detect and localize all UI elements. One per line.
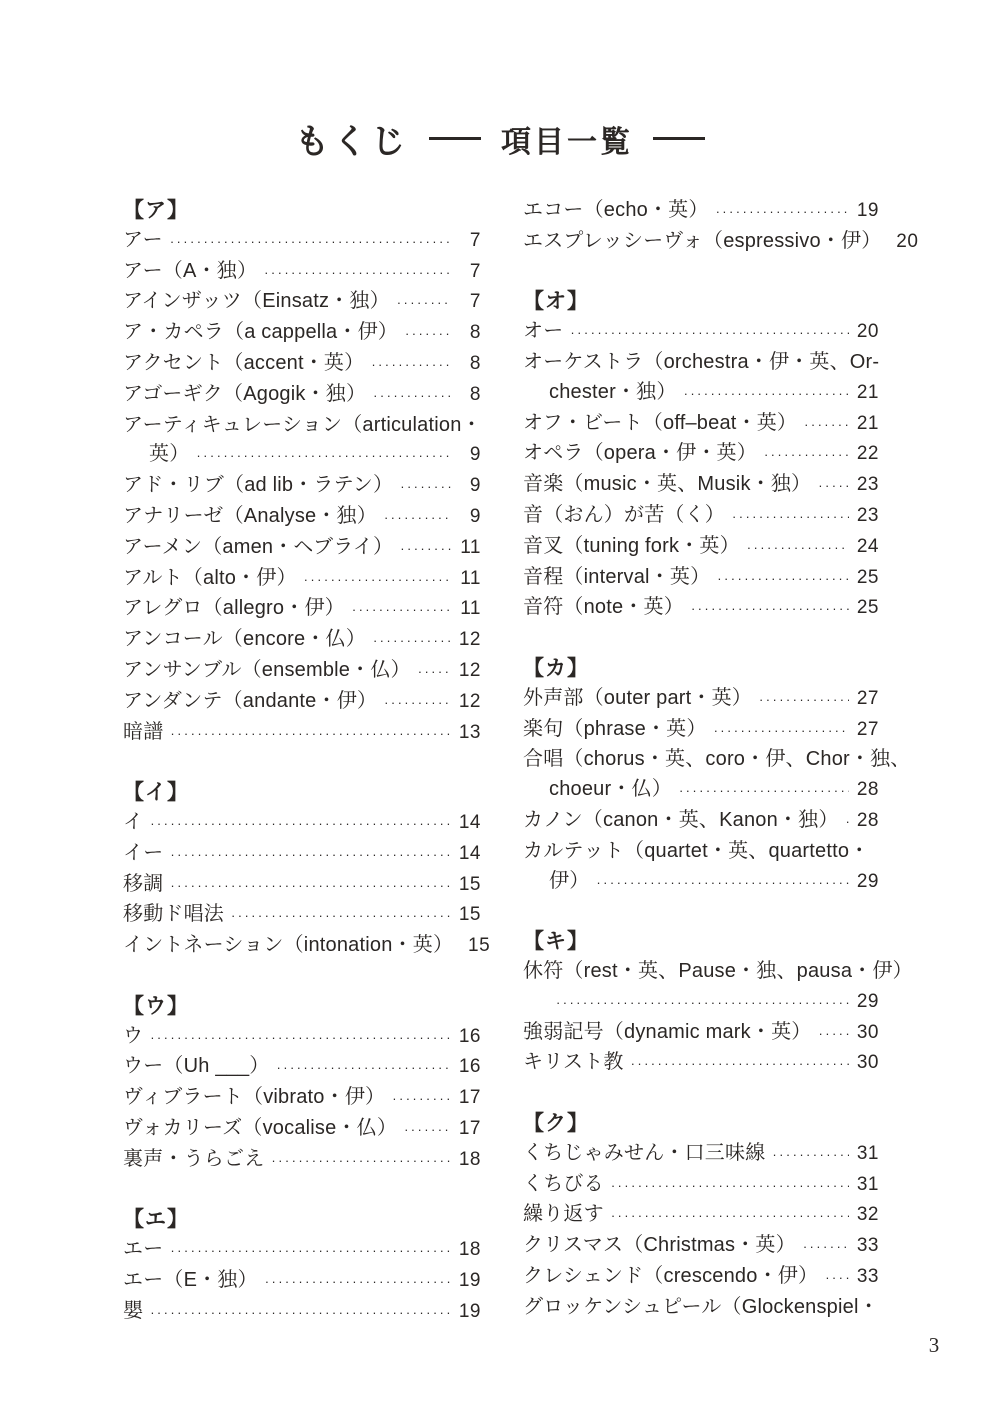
entry-page-number: 33: [852, 1231, 879, 1261]
dot-leader: [264, 257, 451, 288]
dot-leader: [759, 684, 849, 715]
entry-label: ヴォカリーズ（vocalise・仏）: [123, 1114, 397, 1144]
entry-page-number: 27: [852, 715, 879, 745]
toc-entry: カルテット（quartet・英、quartetto・: [523, 837, 879, 867]
dot-leader: [271, 1145, 451, 1176]
entry-page-number: 11: [454, 594, 481, 624]
toc-section: 【カ】外声部（outer part・英）27楽句（phrase・英）27合唱（c…: [523, 654, 879, 897]
toc-entry: アーティキュレーション（articulation・: [123, 411, 481, 441]
toc-entry: くちじゃみせん・口三味線31: [523, 1139, 879, 1170]
entry-page-number: 8: [454, 318, 481, 348]
section-heading: 【オ】: [523, 287, 879, 317]
toc-entry: エスプレッシーヴォ（espressivo・伊）20: [523, 227, 879, 258]
entry-label: エー（E・独）: [123, 1266, 258, 1296]
entry-page-number: 9: [454, 440, 481, 470]
toc-entry: choeur・仏）28: [523, 775, 879, 806]
entry-page-number: 17: [454, 1083, 481, 1113]
entry-label: 音程（interval・英）: [523, 563, 710, 593]
entry-label: chester・独）: [523, 378, 677, 408]
toc-entry: 音叉（tuning fork・英）24: [523, 532, 879, 563]
toc-entry: アクセント（accent・英）8: [123, 349, 481, 380]
toc-entry: 強弱記号（dynamic mark・英）30: [523, 1018, 879, 1049]
entry-page-number: 7: [454, 226, 481, 256]
entry-label: 楽句（phrase・英）: [523, 715, 707, 745]
entry-label: 嬰: [123, 1297, 143, 1327]
section-heading: 【ク】: [523, 1109, 879, 1139]
entry-label: 音符（note・英）: [523, 593, 684, 623]
toc-entry: オー20: [523, 317, 879, 348]
entry-label: キリスト教: [523, 1048, 624, 1078]
entry-label: オペラ（opera・伊・英）: [523, 439, 757, 469]
dot-leader: [846, 806, 849, 837]
entry-page-number: 11: [454, 564, 481, 594]
dot-leader: [818, 1018, 849, 1049]
dot-leader: [384, 502, 451, 533]
dot-leader: [418, 656, 451, 687]
toc-entry: エー（E・独）19: [123, 1266, 481, 1297]
dot-leader: [764, 439, 849, 470]
entry-label: ウー（Uh ___）: [123, 1052, 270, 1082]
dot-leader: [631, 1048, 849, 1079]
entry-label: 暗譜: [123, 718, 163, 748]
toc-column-left: 【ア】アー7アー（A・独）7アインザッツ（Einsatz・独）7ア・カペラ（a …: [123, 196, 481, 1327]
dot-leader: [717, 563, 849, 594]
entry-label: アンコール（encore・仏）: [123, 625, 366, 655]
toc-entry: アーメン（amen・ヘブライ）11: [123, 533, 481, 564]
dot-leader: [150, 1297, 451, 1328]
dot-leader: [825, 1262, 849, 1293]
entry-page-number: 27: [852, 684, 879, 714]
toc-entry: ヴォカリーズ（vocalise・仏）17: [123, 1114, 481, 1145]
toc-entry: 裏声・うらごえ18: [123, 1145, 481, 1176]
entry-page-number: 9: [454, 471, 481, 501]
toc-section: エコー（echo・英）19エスプレッシーヴォ（espressivo・伊）20: [523, 196, 879, 258]
section-heading: 【キ】: [523, 927, 879, 957]
toc-entry: オーケストラ（orchestra・伊・英、Or-: [523, 348, 879, 378]
entry-label: アレグロ（allegro・伊）: [123, 594, 345, 624]
entry-page-number: 32: [852, 1200, 879, 1230]
toc-entry: エー18: [123, 1235, 481, 1266]
dot-leader: [732, 501, 849, 532]
toc-entry: クリスマス（Christmas・英）33: [523, 1231, 879, 1262]
entry-page-number: 7: [454, 287, 481, 317]
entry-label: グロッケンシュピール（Glockenspiel・: [523, 1293, 879, 1323]
entry-label: アー（A・独）: [123, 257, 257, 287]
entry-page-number: 16: [454, 1022, 481, 1052]
toc-entry: オペラ（opera・伊・英）22: [523, 439, 879, 470]
entry-label: オフ・ビート（off–beat・英）: [523, 409, 797, 439]
entry-label: イ: [123, 808, 143, 838]
entry-page-number: 12: [454, 687, 481, 717]
entry-label: 合唱（chorus・英、coro・伊、Chor・独、: [523, 745, 911, 775]
toc-entry: 移動ド唱法15: [123, 900, 481, 931]
entry-page-number: 31: [852, 1170, 879, 1200]
toc-entry: 音符（note・英）25: [523, 593, 879, 624]
entry-label: 音楽（music・英、Musik・独）: [523, 470, 811, 500]
dot-leader: [405, 318, 451, 349]
entry-page-number: 15: [463, 931, 490, 961]
entry-page-number: 19: [454, 1297, 481, 1327]
toc-section: 【イ】イ14イー14移調15移動ド唱法15イントネーション（intonation…: [123, 778, 481, 962]
entry-label: アゴーギク（Agogik・独）: [123, 380, 366, 410]
dot-leader: [716, 196, 849, 227]
dot-leader: [373, 380, 451, 411]
dot-leader: [170, 1235, 451, 1266]
dot-leader: [570, 317, 849, 348]
entry-page-number: 15: [454, 900, 481, 930]
entry-page-number: 31: [852, 1139, 879, 1169]
dot-leader: [277, 1052, 452, 1083]
title-sub: 項目一覧: [501, 117, 633, 161]
folio-page-number: 3: [922, 1333, 946, 1358]
entry-label: エー: [123, 1235, 163, 1265]
toc-section: 【ク】くちじゃみせん・口三味線31くちびる31繰り返す32クリスマス（Chris…: [523, 1109, 879, 1323]
entry-label: 外声部（outer part・英）: [523, 684, 752, 714]
toc-entry: ウ16: [123, 1022, 481, 1053]
entry-page-number: 18: [454, 1145, 481, 1175]
entry-label: アンダンテ（andante・伊）: [123, 687, 377, 717]
toc-entry: グロッケンシュピール（Glockenspiel・: [523, 1293, 879, 1323]
entry-label: 音（おん）が苦（く）: [523, 501, 725, 531]
dot-leader: [679, 775, 849, 806]
toc-entry: アンサンブル（ensemble・仏）12: [123, 656, 481, 687]
toc-entry: オフ・ビート（off–beat・英）21: [523, 409, 879, 440]
toc-entry: アンダンテ（andante・伊）12: [123, 687, 481, 718]
toc-entry: 音楽（music・英、Musik・独）23: [523, 470, 879, 501]
dot-leader: [170, 839, 451, 870]
entry-page-number: 14: [454, 839, 481, 869]
entry-page-number: 28: [852, 775, 879, 805]
dot-leader: [371, 349, 451, 380]
dot-leader: [400, 533, 451, 564]
dot-leader: [803, 1231, 849, 1262]
toc-entry: 暗譜13: [123, 718, 481, 749]
toc-entry: イントネーション（intonation・英）15: [123, 931, 481, 962]
entry-label: アルト（alto・伊）: [123, 564, 297, 594]
toc-entry: 嬰19: [123, 1297, 481, 1328]
dot-leader: [556, 987, 849, 1018]
entry-page-number: 24: [852, 532, 879, 562]
toc-section: 【オ】オー20オーケストラ（orchestra・伊・英、Or-chester・独…: [523, 287, 879, 624]
entry-page-number: 8: [454, 380, 481, 410]
section-heading: 【イ】: [123, 778, 481, 808]
toc-entry: アド・リブ（ad lib・ラテン）9: [123, 471, 481, 502]
entry-page-number: 9: [454, 502, 481, 532]
toc-page: もくじ 項目一覧 【ア】アー7アー（A・独）7アインザッツ（Einsatz・独）…: [0, 0, 1000, 1419]
entry-label: ア・カペラ（a cappella・伊）: [123, 318, 398, 348]
dot-leader: [397, 287, 451, 318]
entry-page-number: 18: [454, 1235, 481, 1265]
dot-leader: [804, 409, 849, 440]
toc-entry: ヴィブラート（vibrato・伊）17: [123, 1083, 481, 1114]
toc-entry: イ14: [123, 808, 481, 839]
entry-label: くちじゃみせん・口三味線: [523, 1139, 765, 1169]
entry-page-number: 20: [891, 227, 918, 257]
toc-entry: キリスト教30: [523, 1048, 879, 1079]
toc-entry: エコー（echo・英）19: [523, 196, 879, 227]
toc-entry: アナリーゼ（Analyse・独）9: [123, 502, 481, 533]
entry-page-number: 8: [454, 349, 481, 379]
toc-section: 【ア】アー7アー（A・独）7アインザッツ（Einsatz・独）7ア・カペラ（a …: [123, 196, 481, 748]
entry-page-number: 15: [454, 870, 481, 900]
dot-leader: [747, 532, 849, 563]
dot-leader: [772, 1139, 849, 1170]
toc-entry: ウー（Uh ___）16: [123, 1052, 481, 1083]
dot-leader: [265, 1266, 451, 1297]
toc-entry: 合唱（chorus・英、coro・伊、Chor・独、: [523, 745, 879, 775]
toc-entry: イー14: [123, 839, 481, 870]
dot-leader: [170, 718, 451, 749]
entry-page-number: 12: [454, 625, 481, 655]
dot-leader: [400, 471, 451, 502]
toc-entry: 外声部（outer part・英）27: [523, 684, 879, 715]
dot-leader: [384, 687, 451, 718]
entry-label: アクセント（accent・英）: [123, 349, 364, 379]
entry-page-number: 19: [454, 1266, 481, 1296]
entry-page-number: 29: [852, 987, 879, 1017]
toc-entry: クレシェンド（crescendo・伊）33: [523, 1262, 879, 1293]
dot-leader: [373, 625, 451, 656]
entry-label: choeur・仏）: [523, 775, 672, 805]
entry-label: アンサンブル（ensemble・仏）: [123, 656, 411, 686]
entry-label: イー: [123, 839, 163, 869]
toc-entry: 29: [523, 987, 879, 1018]
title-main: もくじ: [295, 114, 409, 163]
page-title: もくじ 項目一覧: [0, 114, 1000, 163]
entry-page-number: 23: [852, 501, 879, 531]
entry-page-number: 14: [454, 808, 481, 838]
entry-label: 強弱記号（dynamic mark・英）: [523, 1018, 811, 1048]
entry-label: 伊）: [523, 867, 589, 897]
entry-label: 移動ド唱法: [123, 900, 224, 930]
entry-page-number: 11: [454, 533, 481, 563]
dot-leader: [304, 564, 451, 595]
entry-label: エスプレッシーヴォ（espressivo・伊）: [523, 227, 881, 257]
entry-page-number: 17: [454, 1114, 481, 1144]
dot-leader: [196, 440, 451, 471]
toc-entry: ア・カペラ（a cappella・伊）8: [123, 318, 481, 349]
toc-entry: アルト（alto・伊）11: [123, 564, 481, 595]
entry-label: アインザッツ（Einsatz・独）: [123, 287, 390, 317]
toc-entry: アンコール（encore・仏）12: [123, 625, 481, 656]
entry-label: クリスマス（Christmas・英）: [523, 1231, 796, 1261]
entry-page-number: 7: [454, 257, 481, 287]
entry-page-number: 28: [852, 806, 879, 836]
entry-page-number: 16: [454, 1052, 481, 1082]
entry-label: アーティキュレーション（articulation・: [123, 411, 482, 441]
dot-leader: [691, 593, 849, 624]
dot-leader: [150, 808, 451, 839]
toc-entry: 休符（rest・英、Pause・独、pausa・伊）: [523, 957, 879, 987]
entry-label: 移調: [123, 870, 163, 900]
dot-leader: [611, 1170, 849, 1201]
toc-entry: chester・独）21: [523, 378, 879, 409]
entry-label: ヴィブラート（vibrato・伊）: [123, 1083, 385, 1113]
entry-label: オー: [523, 317, 563, 347]
toc-section: 【ウ】ウ16ウー（Uh ___）16ヴィブラート（vibrato・伊）17ヴォカ…: [123, 992, 481, 1176]
entry-label: クレシェンド（crescendo・伊）: [523, 1262, 818, 1292]
dot-leader: [714, 715, 849, 746]
dot-leader: [150, 1022, 451, 1053]
entry-label: オーケストラ（orchestra・伊・英、Or-: [523, 348, 879, 378]
entry-label: アー: [123, 226, 163, 256]
section-heading: 【ウ】: [123, 992, 481, 1022]
entry-page-number: 21: [852, 378, 879, 408]
entry-page-number: 29: [852, 867, 879, 897]
entry-label: カノン（canon・英、Kanon・独）: [523, 806, 839, 836]
entry-page-number: 25: [852, 593, 879, 623]
toc-entry: くちびる31: [523, 1170, 879, 1201]
entry-label: アド・リブ（ad lib・ラテン）: [123, 471, 393, 501]
toc-entry: カノン（canon・英、Kanon・独）28: [523, 806, 879, 837]
dot-leader: [231, 900, 451, 931]
entry-label: 裏声・うらごえ: [123, 1145, 264, 1175]
toc-entry: アー（A・独）7: [123, 257, 481, 288]
dot-leader: [684, 378, 849, 409]
toc-column-right: エコー（echo・英）19エスプレッシーヴォ（espressivo・伊）20【オ…: [523, 196, 879, 1322]
entry-page-number: 23: [852, 470, 879, 500]
entry-page-number: 25: [852, 563, 879, 593]
dot-leader: [170, 870, 451, 901]
toc-entry: 移調15: [123, 870, 481, 901]
toc-entry: 音程（interval・英）25: [523, 563, 879, 594]
entry-label: アナリーゼ（Analyse・独）: [123, 502, 377, 532]
entry-page-number: 30: [852, 1048, 879, 1078]
toc-entry: アインザッツ（Einsatz・独）7: [123, 287, 481, 318]
entry-label: 英）: [123, 440, 189, 470]
dot-leader: [404, 1114, 451, 1145]
entry-label: エコー（echo・英）: [523, 196, 709, 226]
entry-label: 休符（rest・英、Pause・独、pausa・伊）: [523, 957, 913, 987]
toc-entry: 繰り返す32: [523, 1200, 879, 1231]
entry-page-number: 20: [852, 317, 879, 347]
entry-label: ウ: [123, 1022, 143, 1052]
section-heading: 【エ】: [123, 1205, 481, 1235]
entry-page-number: 19: [852, 196, 879, 226]
entry-page-number: 12: [454, 656, 481, 686]
toc-section: 【キ】休符（rest・英、Pause・独、pausa・伊）29強弱記号（dyna…: [523, 927, 879, 1079]
entry-label: 音叉（tuning fork・英）: [523, 532, 740, 562]
section-heading: 【カ】: [523, 654, 879, 684]
dot-leader: [170, 226, 451, 257]
dot-leader: [611, 1200, 849, 1231]
entry-label: カルテット（quartet・英、quartetto・: [523, 837, 869, 867]
section-heading: 【ア】: [123, 196, 481, 226]
title-dash-left: [429, 137, 481, 140]
toc-entry: アー7: [123, 226, 481, 257]
toc-entry: 英）9: [123, 440, 481, 471]
dot-leader: [392, 1083, 451, 1114]
dot-leader: [818, 470, 849, 501]
dot-leader: [352, 594, 451, 625]
toc-section: 【エ】エー18エー（E・独）19嬰19: [123, 1205, 481, 1327]
title-dash-right: [653, 137, 705, 140]
toc-entry: 楽句（phrase・英）27: [523, 715, 879, 746]
toc-entry: 伊）29: [523, 867, 879, 898]
entry-label: 繰り返す: [523, 1200, 604, 1230]
toc-entry: アレグロ（allegro・伊）11: [123, 594, 481, 625]
entry-page-number: 22: [852, 439, 879, 469]
entry-label: くちびる: [523, 1170, 604, 1200]
toc-entry: 音（おん）が苦（く）23: [523, 501, 879, 532]
entry-label: イントネーション（intonation・英）: [123, 931, 453, 961]
entry-label: アーメン（amen・ヘブライ）: [123, 533, 393, 563]
entry-page-number: 13: [454, 718, 481, 748]
dot-leader: [596, 867, 849, 898]
toc-entry: アゴーギク（Agogik・独）8: [123, 380, 481, 411]
entry-page-number: 33: [852, 1262, 879, 1292]
entry-page-number: 30: [852, 1018, 879, 1048]
entry-page-number: 21: [852, 409, 879, 439]
